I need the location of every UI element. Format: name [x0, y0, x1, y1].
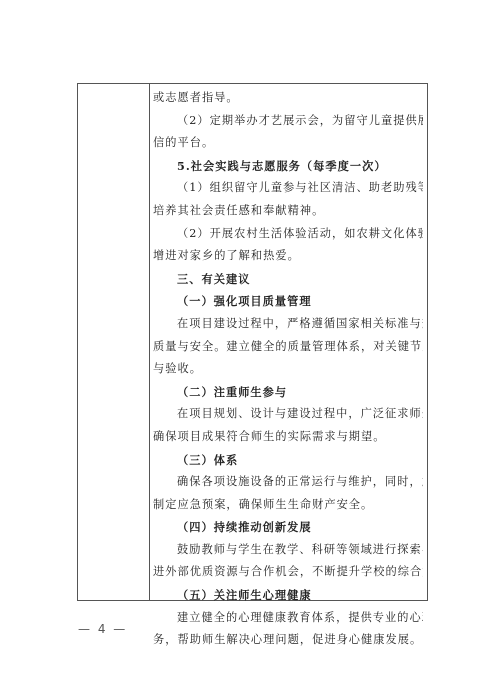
paragraph-line: 或志愿者指导。: [153, 87, 423, 110]
section-heading: （二）注重师生参与: [153, 381, 423, 404]
paragraph-line: 质量与安全。建立健全的质量管理体系，对关键节点进行重点监控: [153, 336, 423, 359]
table-left-column: [78, 84, 150, 600]
section-heading: （四）持续推动创新发展: [153, 516, 423, 539]
document-table: 或志愿者指导。（2）定期举办才艺展示会，为留守儿童提供展示自我、增强自信的平台。…: [77, 83, 428, 601]
page-number: — 4 —: [78, 622, 127, 636]
paragraph-line: 培养其社会责任感和奉献精神。: [153, 200, 423, 223]
paragraph-line: 建立健全的心理健康教育体系，提供专业的心理咨询与辅导服: [153, 607, 423, 630]
paragraph-line: 确保各项设施设备的正常运行与维护，同时，加强安全管理，: [153, 471, 423, 494]
paragraph-line: 与验收。: [153, 358, 423, 381]
table-content-column: 或志愿者指导。（2）定期举办才艺展示会，为留守儿童提供展示自我、增强自信的平台。…: [150, 84, 427, 600]
paragraph-line: （2）开展农村生活体验活动，如农耕文化体验、手工制作等，: [153, 223, 423, 246]
paragraph-line: （1）组织留守儿童参与社区清洁、助老助残等志愿服务活动，: [153, 177, 423, 200]
paragraph-line: 在项目规划、设计与建设过程中，广泛征求师生的意见与建议，: [153, 403, 423, 426]
paragraph-line: 进外部优质资源与合作机会，不断提升学校的综合实力与影响力。: [153, 561, 423, 584]
paragraph-line: 确保项目成果符合师生的实际需求与期望。: [153, 426, 423, 449]
paragraph-line: （2）定期举办才艺展示会，为留守儿童提供展示自我、增强自: [153, 110, 423, 133]
paragraph-line: 在项目建设过程中，严格遵循国家相关标准与规范，确保工程: [153, 313, 423, 336]
section-heading: 5.社会实践与志愿服务（每季度一次）: [153, 155, 423, 178]
paragraph-line: 增进对家乡的了解和热爱。: [153, 245, 423, 268]
paragraph-line: 鼓励教师与学生在教学、科研等领域进行探索与创新，积极引: [153, 539, 423, 562]
section-heading: （一）强化项目质量管理: [153, 290, 423, 313]
section-heading: （三）体系: [153, 449, 423, 472]
section-heading: 三、有关建议: [153, 268, 423, 291]
paragraph-line: 信的平台。: [153, 132, 423, 155]
section-heading: （五）关注师生心理健康: [153, 584, 423, 607]
paragraph-line: 制定应急预案，确保师生生命财产安全。: [153, 494, 423, 517]
paragraph-line: 务，帮助师生解决心理问题，促进身心健康发展。: [153, 629, 423, 652]
